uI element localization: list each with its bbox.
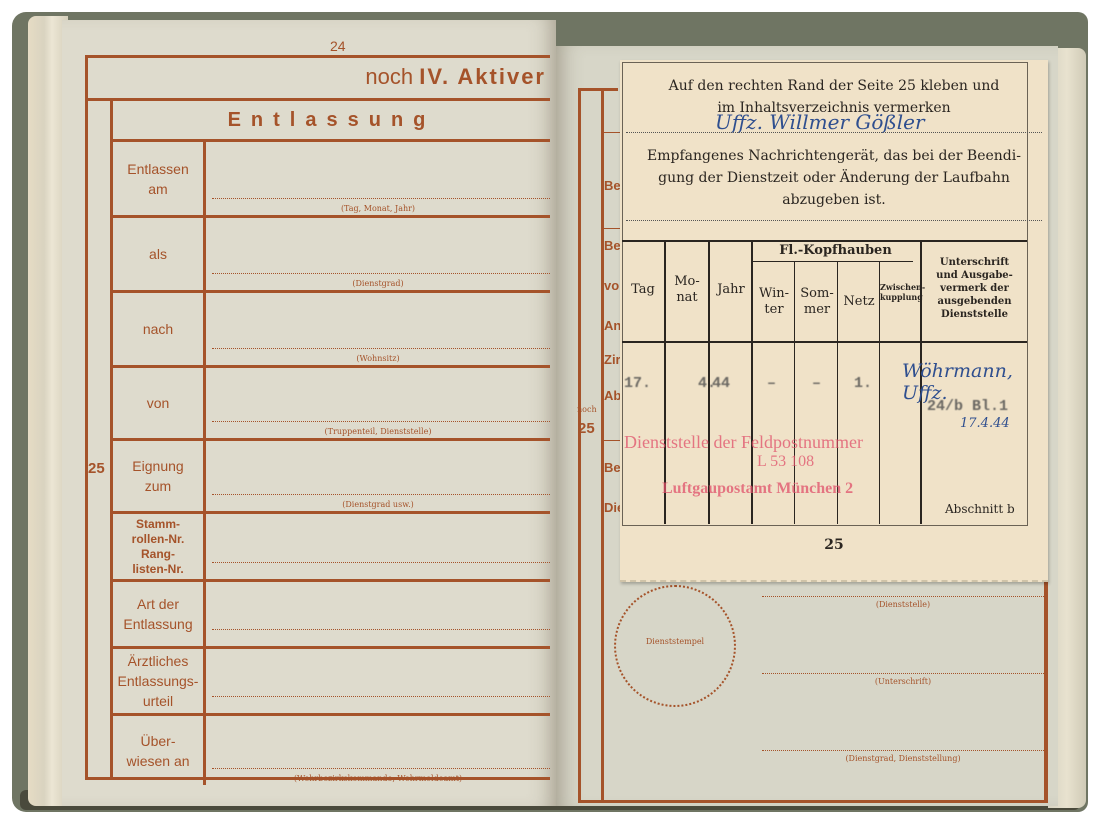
fill-line xyxy=(212,198,550,199)
fill-line xyxy=(212,696,550,697)
form-row: Art der Entlassung xyxy=(113,582,550,649)
fill-line xyxy=(212,562,550,563)
form-title-row: noch IV. Aktiver xyxy=(88,58,550,101)
fill-line xyxy=(212,348,550,349)
cell-sommer: – xyxy=(812,375,821,392)
group-header: Fl.-Kopfhauben xyxy=(753,243,918,259)
title-prefix: noch xyxy=(365,64,413,89)
divider xyxy=(601,440,621,441)
field-hint: (Wohnsitz) xyxy=(206,354,550,363)
row-field[interactable]: (Dienstgrad usw.) xyxy=(206,441,550,511)
stamp-label: Dienststempel xyxy=(616,637,734,646)
form-row: als(Dienstgrad) xyxy=(113,218,550,293)
row-label: Über- wiesen an xyxy=(113,716,206,785)
field-hint: (Dienstgrad) xyxy=(206,279,550,288)
handwritten-name: Uffz. Willmer Gößler xyxy=(715,110,925,134)
dienststelle-hint: (Dienststelle) xyxy=(762,600,1044,609)
partial-label: Be xyxy=(604,238,621,253)
partial-label: Zir xyxy=(604,352,621,367)
side-column: 25 xyxy=(88,98,113,777)
table-header-border xyxy=(622,341,1027,343)
row-label: nach xyxy=(113,293,206,365)
form-row: Ärztliches Entlassungs- urteil xyxy=(113,649,550,716)
form-title: noch IV. Aktiver xyxy=(365,64,546,90)
col-netz: Netz xyxy=(839,294,879,310)
cell-jahr: 44 xyxy=(712,375,730,392)
stamp-line-3: Luftgaupostamt München 2 xyxy=(662,480,853,498)
official-stamp-area: Dienststempel xyxy=(614,585,736,707)
row-field[interactable] xyxy=(206,582,550,646)
row-label: Art der Entlassung xyxy=(113,582,206,646)
fill-line xyxy=(212,629,550,630)
row-field[interactable]: (Truppenteil, Dienststelle) xyxy=(206,368,550,438)
cell-tag: 17. xyxy=(624,375,651,392)
row-field[interactable]: (Dienstgrad) xyxy=(206,218,550,290)
dienststelle-line xyxy=(762,596,1044,597)
row-field[interactable]: (Tag, Monat, Jahr) xyxy=(206,142,550,215)
form-row: Entlassen am(Tag, Monat, Jahr) xyxy=(113,142,550,218)
field-hint: (Dienstgrad usw.) xyxy=(206,500,550,509)
fill-line xyxy=(212,768,550,769)
signature-hint: (Unterschrift) xyxy=(762,677,1044,686)
side-prefix-right: noch xyxy=(577,405,597,414)
form-row: Stamm- rollen-Nr. Rang- listen-Nr. xyxy=(113,514,550,582)
col-jahr: Jahr xyxy=(710,282,752,298)
name-line xyxy=(626,132,1042,133)
col-monat: Mo- nat xyxy=(666,274,708,306)
partial-label: Be xyxy=(604,178,621,193)
title-main: IV. Aktiver xyxy=(419,64,546,89)
col-tag: Tag xyxy=(622,282,664,298)
fill-line xyxy=(212,421,550,422)
cell-netz: 1. xyxy=(854,375,872,392)
form-rows: Entlassen am(Tag, Monat, Jahr)als(Dienst… xyxy=(113,142,550,777)
slip-page-number: 25 xyxy=(620,537,1048,553)
row-field[interactable] xyxy=(206,649,550,713)
handwritten-date: 17.4.44 xyxy=(960,416,1010,431)
field-hint: (Wehrbezirkskommando, Wehrmeldeamt) xyxy=(206,774,550,783)
fill-line xyxy=(212,273,550,274)
stamp-line-1: Dienststelle der Feldpostnummer xyxy=(624,432,863,453)
row-label: Ärztliches Entlassungs- urteil xyxy=(113,649,206,713)
pasted-equipment-slip: Auf den rechten Rand der Seite 25 kleben… xyxy=(620,60,1048,582)
partial-label: Ab xyxy=(604,388,621,403)
form-row: Eignung zum(Dienstgrad usw.) xyxy=(113,441,550,514)
slip-heading-2: gung der Dienstzeit oder Änderung der La… xyxy=(620,168,1048,188)
signature-line xyxy=(762,673,1044,674)
right-form-top-border xyxy=(578,88,618,91)
page-number-left: 24 xyxy=(330,38,346,54)
heading-line xyxy=(626,220,1042,221)
divider xyxy=(601,228,621,229)
partial-label: An xyxy=(604,318,621,333)
section-label: Abschnitt b xyxy=(945,502,1015,516)
section-heading: Entlassung xyxy=(113,101,550,142)
side-number-right: 25 xyxy=(578,420,595,437)
slip-heading-3: abzugeben ist. xyxy=(620,190,1048,210)
field-hint: (Truppenteil, Dienststelle) xyxy=(206,427,550,436)
group-underline xyxy=(753,261,913,262)
right-form-inner-border xyxy=(601,88,604,800)
rank-line xyxy=(762,750,1044,751)
table-top-border xyxy=(622,240,1027,242)
col-unterschrift: Unterschrift und Ausgabe- vermerk der au… xyxy=(922,256,1027,321)
row-label: Stamm- rollen-Nr. Rang- listen-Nr. xyxy=(113,514,206,579)
side-number: 25 xyxy=(88,460,105,477)
divider xyxy=(601,132,621,133)
col-sommer: Som- mer xyxy=(796,286,838,318)
col-winter: Win- ter xyxy=(753,286,795,318)
cell-winter: – xyxy=(767,375,776,392)
field-hint: (Tag, Monat, Jahr) xyxy=(206,204,550,213)
slip-instruction-1: Auf den rechten Rand der Seite 25 kleben… xyxy=(620,76,1048,96)
row-field[interactable] xyxy=(206,514,550,579)
row-field[interactable]: (Wohnsitz) xyxy=(206,293,550,365)
slip-heading-1: Empfangenes Nachrichtengerät, das bei de… xyxy=(620,146,1048,166)
equipment-table: Fl.-Kopfhauben Tag Mo- nat Jahr Win- ter… xyxy=(622,240,1027,524)
row-label: von xyxy=(113,368,206,438)
typed-reference: 24/b Bl.1 xyxy=(927,398,1008,415)
form-row: nach(Wohnsitz) xyxy=(113,293,550,368)
discharge-form: noch IV. Aktiver 25 Entlassung Entlassen… xyxy=(85,55,550,780)
fill-line xyxy=(212,494,550,495)
rank-hint: (Dienstgrad, Dienststellung) xyxy=(762,754,1044,763)
row-label: als xyxy=(113,218,206,290)
stamp-line-2: L 53 108 xyxy=(757,453,814,471)
form-row: Über- wiesen an(Wehrbezirkskommando, Weh… xyxy=(113,716,550,785)
row-label: Entlassen am xyxy=(113,142,206,215)
row-label: Eignung zum xyxy=(113,441,206,511)
row-field[interactable]: (Wehrbezirkskommando, Wehrmeldeamt) xyxy=(206,716,550,785)
form-row: von(Truppenteil, Dienststelle) xyxy=(113,368,550,441)
col-zwischenkupplung: Zwischen- kupplung xyxy=(880,282,920,302)
